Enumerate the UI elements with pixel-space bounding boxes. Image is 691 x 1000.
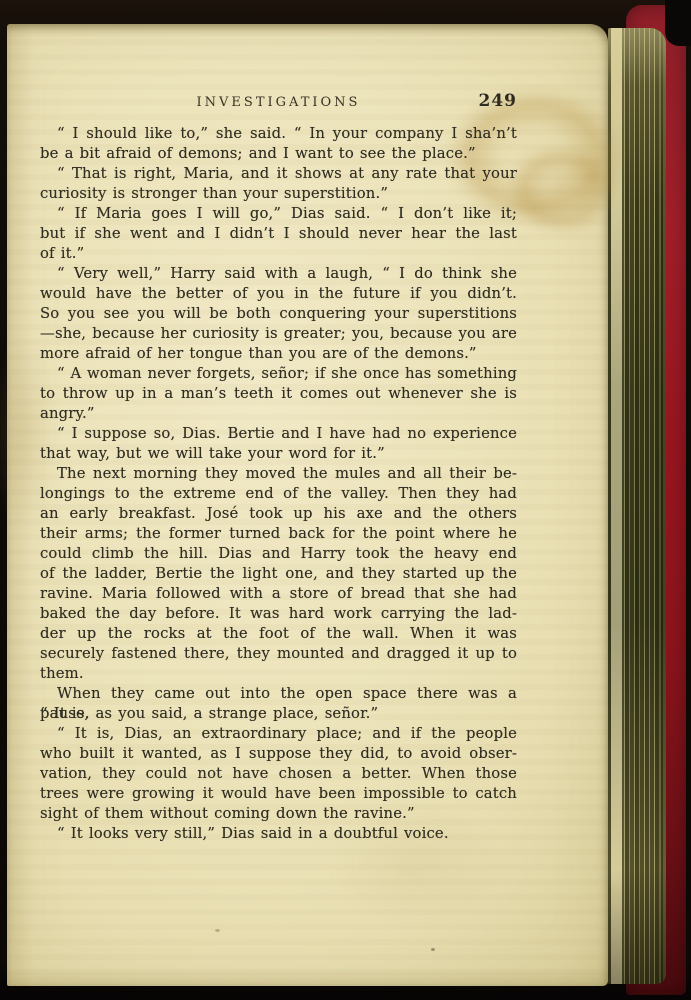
text-area: INVESTIGATIONS 249 “ I should like to,” … [40,93,517,844]
body-text: “ I should like to,” she said. “ In your… [40,124,517,844]
page-number: 249 [479,91,518,111]
text-line: an early breakfast. José took up his axe… [40,504,517,524]
text-line: be a bit afraid of demons; and I want to… [40,144,517,164]
text-line: could climb the hill. Dias and Harry too… [40,544,517,564]
page-edge-stack [608,28,666,984]
text-line: “ It looks very still,” Dias said in a d… [40,824,517,844]
background-corner [665,0,691,46]
text-line: their arms; the former turned back for t… [40,524,517,544]
text-line: more afraid of her tongue than you are o… [40,344,517,364]
text-line: “ If Maria goes I will go,” Dias said. “… [40,204,517,224]
text-line: ravine. Maria followed with a store of b… [40,584,517,604]
text-line: “ A woman never forgets, señor; if she o… [40,364,517,384]
text-line: trees were growing it would have been im… [40,784,517,804]
book-page: INVESTIGATIONS 249 “ I should like to,” … [7,24,608,986]
text-line: longings to the extreme end of the valle… [40,484,517,504]
paper-speck [215,929,220,932]
text-line: “ I should like to,” she said. “ In your… [40,124,517,144]
text-line: The next morning they moved the mules an… [40,464,517,484]
text-line: der up the rocks at the foot of the wall… [40,624,517,644]
text-line: —she, because her curiosity is greater; … [40,324,517,344]
text-line: of the ladder, Bertie the light one, and… [40,564,517,584]
text-line: So you see you will be both conquering y… [40,304,517,324]
running-head: INVESTIGATIONS [40,93,517,113]
text-line: but if she went and I didn’t I should ne… [40,224,517,244]
text-line: would have the better of you in the futu… [40,284,517,304]
text-line: who built it wanted, as I suppose they d… [40,744,517,764]
paper-speck [431,948,435,951]
book-photo: INVESTIGATIONS 249 “ I should like to,” … [0,0,691,1000]
text-line: “ Very well,” Harry said with a laugh, “… [40,264,517,284]
text-line: curiosity is stronger than your supersti… [40,184,517,204]
text-line: baked the day before. It was hard work c… [40,604,517,624]
text-line: When they came out into the open space t… [40,684,517,704]
text-line: of it.” [40,244,517,264]
text-line: “ It is, as you said, a strange place, s… [40,704,517,724]
text-line: to throw up in a man’s teeth it comes ou… [40,384,517,404]
text-line: angry.” [40,404,517,424]
paper-stain [507,144,617,234]
page-header: INVESTIGATIONS 249 [40,93,517,113]
text-line: “ I suppose so, Dias. Bertie and I have … [40,424,517,444]
text-line: “ It is, Dias, an extraordinary place; a… [40,724,517,744]
text-line: securely fastened there, they mounted an… [40,644,517,664]
text-line: that way, but we will take your word for… [40,444,517,464]
text-line: “ That is right, Maria, and it shows at … [40,164,517,184]
text-line: vation, they could not have chosen a bet… [40,764,517,784]
text-line: them. [40,664,517,684]
text-line: sight of them without coming down the ra… [40,804,517,824]
